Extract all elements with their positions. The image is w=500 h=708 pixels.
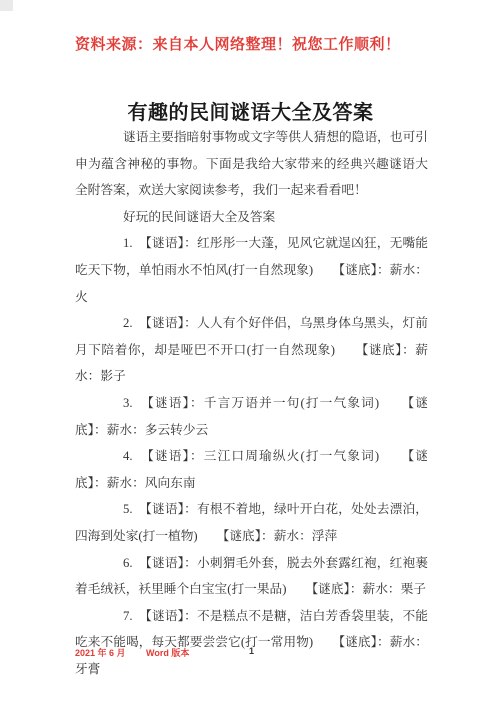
riddle-item: 4. 【谜语】：三江口周瑜纵火(打一气象词) 【谜底】：薪水：风向东南	[75, 443, 428, 496]
page-number: 1	[75, 646, 428, 656]
riddle-item: 3. 【谜语】：千言万语并一句(打一气象词) 【谜底】：薪水：多云转少云	[75, 390, 428, 443]
document-title: 有趣的民间谜语大全及答案	[74, 96, 427, 125]
page-footer: 2021 年 6 月 Word 版本 1	[75, 646, 428, 660]
section-subtitle: 好玩的民间谜语大全及答案	[75, 204, 428, 231]
riddle-item: 5. 【谜语】：有根不着地，绿叶开白花，处处去漂泊，四海到处家(打一植物) 【谜…	[75, 496, 428, 549]
document-body: 谜语主要指暗射事物或文字等供人猜想的隐语，也可引申为蕴含神秘的事物。下面是我给大…	[75, 124, 428, 682]
riddle-item: 7. 【谜语】：不是糕点不是糖，洁白芳香袋里装，不能吃来不能喝，每天都要尝尝它(…	[75, 603, 428, 683]
document-page: 资料来源：来自本人网络整理！祝您工作顺利！ 有趣的民间谜语大全及答案 谜语主要指…	[0, 0, 500, 708]
scan-corner-artifact	[0, 0, 13, 11]
source-notice: 资料来源：来自本人网络整理！祝您工作顺利！	[75, 33, 428, 54]
intro-paragraph: 谜语主要指暗射事物或文字等供人猜想的隐语，也可引申为蕴含神秘的事物。下面是我给大…	[75, 124, 428, 204]
riddle-item: 6. 【谜语】：小刺猬毛外套，脱去外套露红袍，红袍裹着毛绒袄，袄里睡个白宝宝(打…	[75, 550, 428, 603]
riddle-item: 1. 【谜语】：红彤彤一大蓬，见风它就逞凶狂，无嘴能吃天下物，单怕雨水不怕风(打…	[75, 230, 428, 310]
riddle-item: 2. 【谜语】：人人有个好伴侣，乌黑身体乌黑头，灯前月下陪着你，却是哑巴不开口(…	[75, 310, 428, 390]
